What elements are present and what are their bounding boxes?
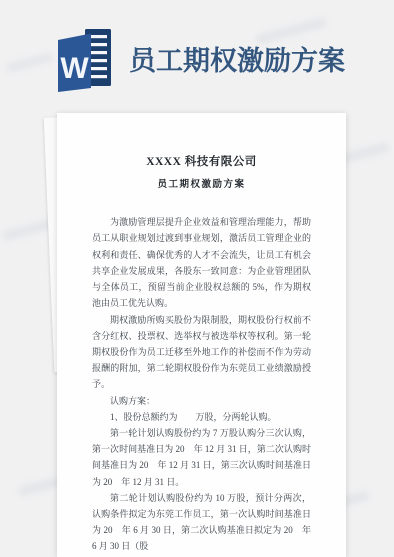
- watermark-smudge: [2, 218, 55, 241]
- watermark-smudge: [255, 17, 327, 45]
- word-icon: W: [55, 28, 112, 92]
- doc-paragraph: 第一轮计划认购股份约为 7 万股认购分三次认购，第一次时间基准日为 20 年 1…: [92, 425, 311, 490]
- doc-paragraph: 期权激励所购买股份为限制股，期权股份行权前不含分红权、投票权、选举权与被选举权等…: [92, 312, 311, 393]
- doc-subtitle: 员工期权激励方案: [92, 179, 311, 191]
- document-page: XXXX 科技有限公司 员工期权激励方案 为激励管理层提升企业效益和管理治理能力…: [57, 113, 346, 557]
- doc-paragraph: 为激励管理层提升企业效益和管理治理能力，帮助员工从职业规划过渡到事业规划，激活员…: [92, 214, 311, 311]
- doc-paragraph: 1、股份总额约为 万股，分两轮认购。: [92, 409, 311, 425]
- page-title: 员工期权激励方案: [129, 45, 345, 77]
- doc-company-title: XXXX 科技有限公司: [92, 155, 311, 170]
- watermark-smudge: [6, 52, 55, 73]
- doc-paragraph: 第二轮计划认购股份约为 10 万股，预计分两次，认购条件拟定为东莞工作员工，第一…: [92, 490, 311, 555]
- word-icon-graphic: W: [55, 28, 112, 92]
- doc-body: 为激励管理层提升企业效益和管理治理能力，帮助员工从职业规划过渡到事业规划，激活员…: [92, 214, 311, 554]
- document-preview: W 员工期权激励方案 XXXX 科技有限公司 员工期权激励方案 为激励管理层提升…: [0, 0, 394, 557]
- word-icon-letter: W: [60, 52, 89, 85]
- doc-paragraph: 认购方案：: [92, 393, 311, 409]
